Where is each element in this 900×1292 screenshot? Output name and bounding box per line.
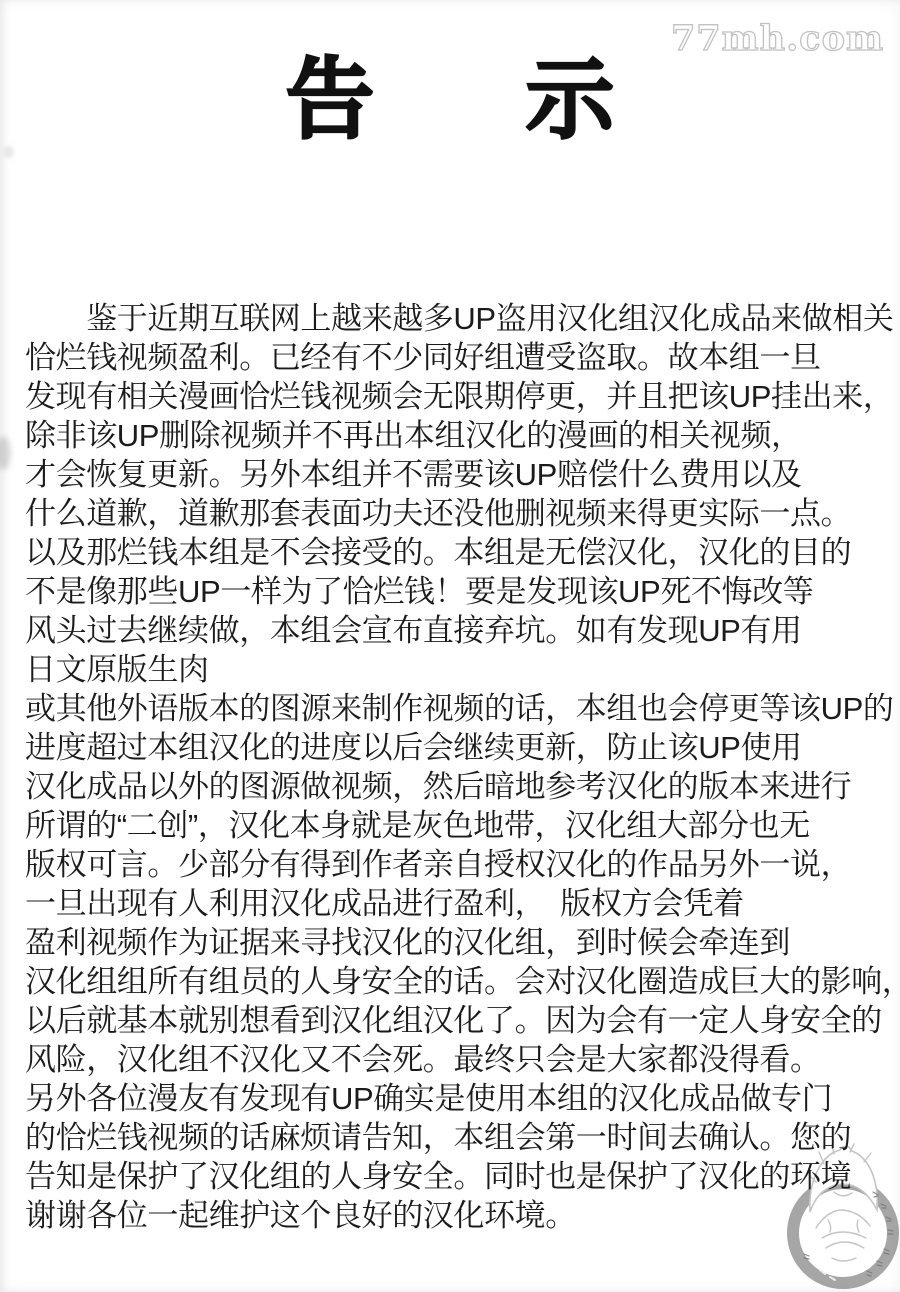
scan-smudge xyxy=(0,436,11,470)
site-watermark: 77mh.com xyxy=(671,18,884,59)
title-char-right: 示 xyxy=(526,56,614,144)
notice-line: 告知是保护了汉化组的人身安全。同时也是保护了汉化的环境 xyxy=(25,1157,900,1196)
notice-body: 鉴于近期互联网上越来越多UP盗用汉化组汉化成品来做相关恰烂钱视频盈利。已经有不少… xyxy=(25,299,900,1235)
notice-line: 进度超过本组汉化的进度以后会继续更新，防止该UP使用 xyxy=(25,728,900,767)
scan-smudge xyxy=(4,146,14,158)
notice-line: 风险，汉化组不汉化又不会死。最终只会是大家都没得看。 xyxy=(25,1040,900,1079)
notice-line: 不是像那些UP一样为了恰烂钱！要是发现该UP死不悔改等 xyxy=(25,572,900,611)
title-char-left: 告 xyxy=(286,56,374,144)
notice-line: 除非该UP删除视频并不再出本组汉化的漫画的相关视频， xyxy=(25,416,900,455)
notice-line: 或其他外语版本的图源来制作视频的话，本组也会停更等该UP的 xyxy=(25,689,900,728)
notice-line: 汉化成品以外的图源做视频，然后暗地参考汉化的版本来进行 xyxy=(25,767,900,806)
notice-line: 才会恢复更新。另外本组并不需要该UP赔偿什么费用以及 xyxy=(25,455,900,494)
notice-line: 发现有相关漫画恰烂钱视频会无限期停更，并且把该UP挂出来， xyxy=(25,377,900,416)
notice-line: 恰烂钱视频盈利。已经有不少同好组遭受盗取。故本组一旦 xyxy=(25,338,900,377)
notice-line: 所谓的“二创”，汉化本身就是灰色地带，汉化组大部分也无 xyxy=(25,806,900,845)
notice-line: 版权可言。少部分有得到作者亲自授权汉化的作品另外一说， xyxy=(25,845,900,884)
notice-line: 风头过去继续做，本组会宣布直接弃坑。如有发现UP有用 xyxy=(25,611,900,650)
notice-line: 另外各位漫友有发现有UP确实是使用本组的汉化成品做专门 xyxy=(25,1079,900,1118)
notice-page: 77mh.com 告 示 鉴于近期互联网上越来越多UP盗用汉化组汉化成品来做相关… xyxy=(0,0,900,1292)
notice-line: 汉化组组所有组员的人身安全的话。会对汉化圈造成巨大的影响， xyxy=(25,962,900,1001)
notice-line: 一旦出现有人利用汉化成品进行盈利， 版权方会凭着 xyxy=(25,884,900,923)
notice-line: 谢谢各位一起维护这个良好的汉化环境。 xyxy=(25,1196,900,1235)
page-title: 告 示 xyxy=(0,56,900,144)
notice-line: 盈利视频作为证据来寻找汉化的汉化组，到时候会牵连到 xyxy=(25,923,900,962)
notice-line: 鉴于近期互联网上越来越多UP盗用汉化组汉化成品来做相关 xyxy=(25,299,900,338)
notice-line: 的恰烂钱视频的话麻烦请告知，本组会第一时间去确认。您的 xyxy=(25,1118,900,1157)
notice-line: 日文原版生肉 xyxy=(25,650,900,689)
notice-line: 以及那烂钱本组是不会接受的。本组是无偿汉化，汉化的目的 xyxy=(25,533,900,572)
notice-line: 什么道歉，道歉那套表面功夫还没他删视频来得更实际一点。 xyxy=(25,494,900,533)
notice-line: 以后就基本就别想看到汉化组汉化了。因为会有一定人身安全的 xyxy=(25,1001,900,1040)
